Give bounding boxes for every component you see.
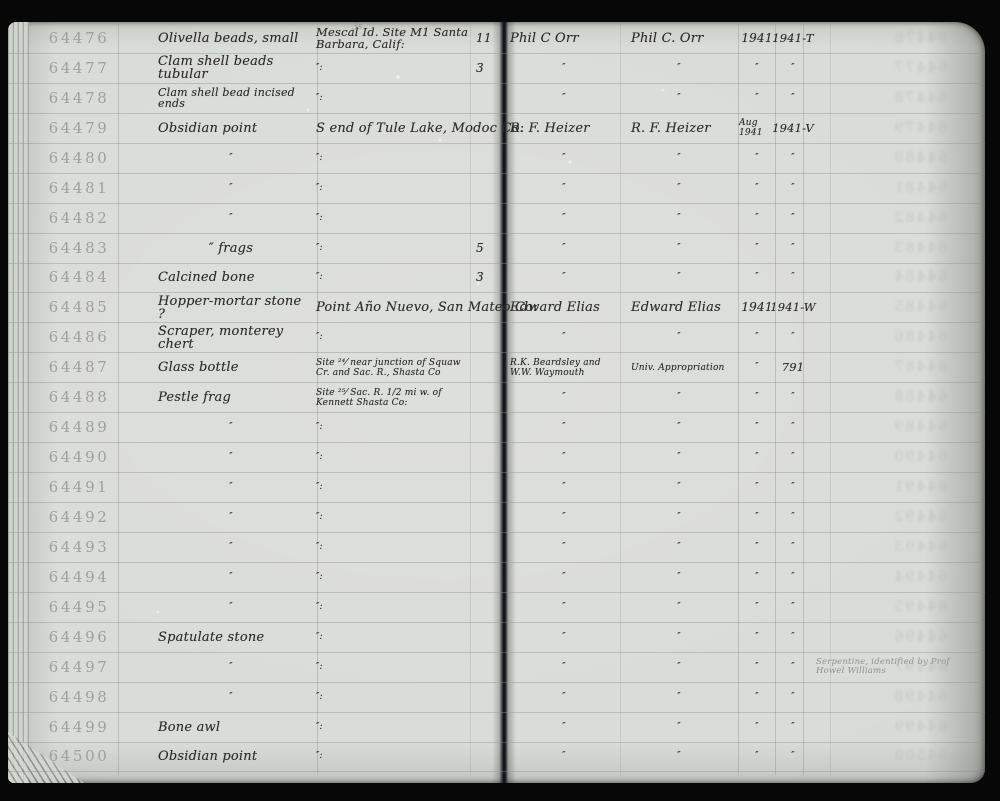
locality-cell: ″: xyxy=(314,533,472,562)
date-cell: ″ xyxy=(739,683,775,712)
donor-cell: ″ xyxy=(623,683,735,712)
accession-code-cell: ″ xyxy=(776,443,810,472)
collector-cell: ″ xyxy=(508,323,620,352)
collector-cell: ″ xyxy=(508,174,620,203)
date-cell: ″ xyxy=(739,653,775,682)
donor-cell: ″ xyxy=(623,563,735,592)
collector-cell: Phil C Orr xyxy=(508,24,620,53)
date-cell: ″ xyxy=(739,54,775,83)
ledger-row: 64485Hopper-mortar stone ?Point Año Nuev… xyxy=(8,293,985,323)
donor-cell: ″ xyxy=(623,533,735,562)
pencil-margin-note: 3s. xyxy=(352,22,366,32)
ghost-bleedthrough-number: 64489 xyxy=(876,413,964,442)
accession-number-stamp: 64483 xyxy=(38,234,120,263)
description-cell: ″ xyxy=(150,174,312,203)
accession-number-stamp: 64487 xyxy=(38,353,120,382)
ledger-row: 64497″″:″″″″Serpentine, identified by Pr… xyxy=(8,653,985,683)
accession-code-cell: 791 xyxy=(776,353,810,382)
ghost-bleedthrough-number: 64499 xyxy=(876,713,964,742)
collector-cell: ″ xyxy=(508,503,620,532)
locality-cell: ″: xyxy=(314,713,472,742)
donor-cell: ″ xyxy=(623,54,735,83)
accession-number-stamp: 64485 xyxy=(38,293,120,322)
accession-number-stamp: 64492 xyxy=(38,503,120,532)
description-cell: Scraper, monterey chert xyxy=(150,323,312,352)
ledger-row: 64500Obsidian point″:″″″″64500 xyxy=(8,743,985,773)
ledger-row: 64480″″:″″″″64480 xyxy=(8,144,985,174)
ghost-bleedthrough-number: 64487 xyxy=(876,353,964,382)
ghost-bleedthrough-number: 64490 xyxy=(876,443,964,472)
accession-number-stamp: 64477 xyxy=(38,54,120,83)
ghost-bleedthrough-number: 64500 xyxy=(876,743,964,772)
description-cell: ″ xyxy=(150,144,312,173)
description-cell: ″ xyxy=(150,413,312,442)
date-cell: ″ xyxy=(739,234,775,263)
donor-cell: ″ xyxy=(623,204,735,233)
donor-cell: ″ xyxy=(623,653,735,682)
locality-cell: ″: xyxy=(314,743,472,772)
donor-cell: ″ xyxy=(623,383,735,412)
description-cell: ″ xyxy=(150,533,312,562)
donor-cell: Edward Elias xyxy=(623,293,735,322)
description-cell: ″ xyxy=(150,653,312,682)
donor-cell: ″ xyxy=(623,323,735,352)
accession-code-cell: ″ xyxy=(776,54,810,83)
ledger-row: 64482″″:″″″″64482 xyxy=(8,204,985,234)
locality-cell: ″: xyxy=(314,413,472,442)
locality-cell: Point Año Nuevo, San Mateo Co: xyxy=(314,293,472,322)
description-cell: ″ xyxy=(150,593,312,622)
ledger-row: 64494″″:″″″″64494 xyxy=(8,563,985,593)
collector-cell: ″ xyxy=(508,683,620,712)
accession-number-stamp: 64498 xyxy=(38,683,120,712)
ledger-row: 64476Olivella beads, smallMescal Id. Sit… xyxy=(8,24,985,54)
date-cell: ″ xyxy=(739,264,775,293)
donor-cell: ″ xyxy=(623,84,735,113)
accession-code-cell: ″ xyxy=(776,264,810,293)
locality-cell: Site ²⁴⁄ near junction of Squaw Cr. and … xyxy=(314,353,472,382)
ghost-bleedthrough-number: 64482 xyxy=(876,204,964,233)
description-cell: Hopper-mortar stone ? xyxy=(150,293,312,322)
donor-cell: R. F. Heizer xyxy=(623,114,735,143)
ledger-row: 64487Glass bottleSite ²⁴⁄ near junction … xyxy=(8,353,985,383)
description-cell: Spatulate stone xyxy=(150,623,312,652)
ledger-row: 64491″″:″″″″64491 xyxy=(8,473,985,503)
description-cell: ″ xyxy=(150,563,312,592)
date-cell: ″ xyxy=(739,204,775,233)
donor-cell: ″ xyxy=(623,413,735,442)
ghost-bleedthrough-number: 64483 xyxy=(876,234,964,263)
accession-number-stamp: 64488 xyxy=(38,383,120,412)
description-cell: ″ xyxy=(150,683,312,712)
donor-cell: ″ xyxy=(623,713,735,742)
locality-cell: ″: xyxy=(314,204,472,233)
ghost-bleedthrough-number: 64493 xyxy=(876,533,964,562)
date-cell: ″ xyxy=(739,503,775,532)
quantity-cell: 3 xyxy=(472,264,502,293)
ledger-row: 64477Clam shell beads tubular″:3″″″″6447… xyxy=(8,54,985,84)
locality-cell: Site ²⁵⁄ Sac. R. 1/2 mi w. of Kennett Sh… xyxy=(314,383,472,412)
ghost-bleedthrough-number: 64492 xyxy=(876,503,964,532)
accession-code-cell: ″ xyxy=(776,563,810,592)
accession-code-cell: ″ xyxy=(776,713,810,742)
collector-cell: ″ xyxy=(508,593,620,622)
accession-code-cell: ″ xyxy=(776,144,810,173)
accession-number-stamp: 64479 xyxy=(38,114,120,143)
date-cell: ″ xyxy=(739,563,775,592)
date-cell: ″ xyxy=(739,413,775,442)
accession-number-stamp: 64499 xyxy=(38,713,120,742)
date-cell: ″ xyxy=(739,353,775,382)
accession-number-stamp: 64493 xyxy=(38,533,120,562)
accession-code-cell: ″ xyxy=(776,503,810,532)
date-cell: ″ xyxy=(739,443,775,472)
ghost-bleedthrough-number: 64481 xyxy=(876,174,964,203)
collector-cell: ″ xyxy=(508,264,620,293)
collector-cell: ″ xyxy=(508,413,620,442)
collector-cell: Edward Elias xyxy=(508,293,620,322)
donor-cell: ″ xyxy=(623,234,735,263)
ledger-row: 64486Scraper, monterey chert″:″″″″64486 xyxy=(8,323,985,353)
collector-cell: ″ xyxy=(508,84,620,113)
accession-number-stamp: 64494 xyxy=(38,563,120,592)
collector-cell: ″ xyxy=(508,204,620,233)
collector-cell: R.K. Beardsley and W.W. Waymouth xyxy=(508,353,620,382)
ghost-bleedthrough-number: 64498 xyxy=(876,683,964,712)
accession-code-cell: ″ xyxy=(776,413,810,442)
accession-number-stamp: 64491 xyxy=(38,473,120,502)
date-cell: ″ xyxy=(739,174,775,203)
ledger-row: 64489″″:″″″″64489 xyxy=(8,413,985,443)
locality-cell: ″: xyxy=(314,623,472,652)
accession-code-cell: ″ xyxy=(776,174,810,203)
collector-cell: ″ xyxy=(508,473,620,502)
accession-code-cell: ″ xyxy=(776,84,810,113)
locality-cell: ″: xyxy=(314,503,472,532)
scanned-ledger-page: 64476Olivella beads, smallMescal Id. Sit… xyxy=(0,0,1000,801)
description-cell: Clam shell bead incised ends xyxy=(150,84,312,113)
accession-code-cell: ″ xyxy=(776,323,810,352)
accession-code-cell: 1941-V xyxy=(776,114,810,143)
collector-cell: ″ xyxy=(508,443,620,472)
locality-cell: ″: xyxy=(314,264,472,293)
accession-number-stamp: 64480 xyxy=(38,144,120,173)
donor-cell: ″ xyxy=(623,743,735,772)
description-cell: Pestle frag xyxy=(150,383,312,412)
locality-cell: ″: xyxy=(314,174,472,203)
collector-cell: ″ xyxy=(508,743,620,772)
date-cell: ″ xyxy=(739,323,775,352)
date-cell: ″ xyxy=(739,743,775,772)
date-cell: 1941 xyxy=(739,24,775,53)
accession-code-cell: ″ xyxy=(776,683,810,712)
accession-number-stamp: 64489 xyxy=(38,413,120,442)
ledger-rows: 64476Olivella beads, smallMescal Id. Sit… xyxy=(8,24,985,772)
ledger-row: 64498″″:″″″″64498 xyxy=(8,683,985,713)
locality-cell: ″: xyxy=(314,593,472,622)
accession-number-stamp: 64500 xyxy=(38,743,120,772)
ghost-bleedthrough-number: 64478 xyxy=(876,84,964,113)
donor-cell: ″ xyxy=(623,264,735,293)
quantity-cell: 11 xyxy=(472,24,502,53)
ledger-row: 64499Bone awl″:″″″″64499 xyxy=(8,713,985,743)
accession-number-stamp: 64481 xyxy=(38,174,120,203)
accession-number-stamp: 64490 xyxy=(38,443,120,472)
accession-number-stamp: 64497 xyxy=(38,653,120,682)
accession-code-cell: ″ xyxy=(776,234,810,263)
description-cell: ″ xyxy=(150,443,312,472)
ghost-bleedthrough-number: 64497 xyxy=(876,653,964,682)
locality-cell: ″: xyxy=(314,563,472,592)
ghost-bleedthrough-number: 64486 xyxy=(876,323,964,352)
donor-cell: ″ xyxy=(623,443,735,472)
quantity-cell: 3 xyxy=(472,54,502,83)
collector-cell: ″ xyxy=(508,533,620,562)
accession-code-cell: ″ xyxy=(776,623,810,652)
donor-cell: ″ xyxy=(623,503,735,532)
donor-cell: ″ xyxy=(623,144,735,173)
ledger-row: 64484Calcined bone″:3″″″″64484 xyxy=(8,264,985,294)
collector-cell: ″ xyxy=(508,623,620,652)
locality-cell: ″: xyxy=(314,683,472,712)
accession-number-stamp: 64486 xyxy=(38,323,120,352)
ledger-row: 64490″″:″″″″64490 xyxy=(8,443,985,473)
date-cell: ″ xyxy=(739,713,775,742)
description-cell: Glass bottle xyxy=(150,353,312,382)
accession-number-stamp: 64496 xyxy=(38,623,120,652)
date-cell: ″ xyxy=(739,593,775,622)
ghost-bleedthrough-number: 64477 xyxy=(876,54,964,83)
ghost-bleedthrough-number: 64484 xyxy=(876,264,964,293)
locality-cell: ″: xyxy=(314,144,472,173)
accession-code-cell: 1941-W xyxy=(776,293,810,322)
ledger-row: 64478Clam shell bead incised ends″:″″″″6… xyxy=(8,84,985,114)
locality-cell: ″: xyxy=(314,653,472,682)
collector-cell: ″ xyxy=(508,563,620,592)
collector-cell: ″ xyxy=(508,383,620,412)
collector-cell: ″ xyxy=(508,144,620,173)
locality-cell: ″: xyxy=(314,84,472,113)
donor-cell: Phil C. Orr xyxy=(623,24,735,53)
donor-cell: ″ xyxy=(623,623,735,652)
accession-code-cell: 1941-T xyxy=(776,24,810,53)
donor-cell: ″ xyxy=(623,174,735,203)
ghost-bleedthrough-number: 64491 xyxy=(876,473,964,502)
accession-number-stamp: 64478 xyxy=(38,84,120,113)
description-cell: ″ frags xyxy=(150,234,312,263)
quantity-cell: 5 xyxy=(472,234,502,263)
locality-cell: Mescal Id. Site M1 Santa Barbara, Calif: xyxy=(314,24,472,53)
donor-cell: Univ. Appropriation xyxy=(623,353,735,382)
locality-cell: ″: xyxy=(314,234,472,263)
ledger-row: 64492″″:″″″″64492 xyxy=(8,503,985,533)
description-cell: Bone awl xyxy=(150,713,312,742)
ghost-bleedthrough-number: 64479 xyxy=(876,114,964,143)
description-cell: Olivella beads, small xyxy=(150,24,312,53)
accession-code-cell: ″ xyxy=(776,743,810,772)
accession-number-stamp: 64482 xyxy=(38,204,120,233)
accession-code-cell: ″ xyxy=(776,593,810,622)
ledger-row: 64481″″:″″″″64481 xyxy=(8,174,985,204)
locality-cell: ″: xyxy=(314,323,472,352)
locality-cell: ″: xyxy=(314,54,472,83)
date-cell: ″ xyxy=(739,84,775,113)
ledger-row: 64495″″:″″″″64495 xyxy=(8,593,985,623)
description-cell: Clam shell beads tubular xyxy=(150,54,312,83)
accession-code-cell: ″ xyxy=(776,383,810,412)
ghost-bleedthrough-number: 64494 xyxy=(876,563,964,592)
collector-cell: ″ xyxy=(508,54,620,83)
locality-cell: S end of Tule Lake, Modoc Co: xyxy=(314,114,472,143)
ghost-bleedthrough-number: 64476 xyxy=(876,24,964,53)
ghost-bleedthrough-number: 64496 xyxy=(876,623,964,652)
accession-number-stamp: 64495 xyxy=(38,593,120,622)
ghost-bleedthrough-number: 64488 xyxy=(876,383,964,412)
ledger-spread: 64476Olivella beads, smallMescal Id. Sit… xyxy=(8,22,985,783)
description-cell: ″ xyxy=(150,204,312,233)
accession-code-cell: ″ xyxy=(776,533,810,562)
collector-cell: ″ xyxy=(508,653,620,682)
accession-number-stamp: 64476 xyxy=(38,24,120,53)
collector-cell: ″ xyxy=(508,713,620,742)
ledger-row: 64479Obsidian pointS end of Tule Lake, M… xyxy=(8,114,985,144)
ghost-bleedthrough-number: 64485 xyxy=(876,293,964,322)
locality-cell: ″: xyxy=(314,443,472,472)
ledger-row: 64483″ frags″:5″″″″64483 xyxy=(8,234,985,264)
date-cell: ″ xyxy=(739,473,775,502)
date-cell: ″ xyxy=(739,383,775,412)
ledger-row: 64496Spatulate stone″:″″″″64496 xyxy=(8,623,985,653)
locality-cell: ″: xyxy=(314,473,472,502)
date-cell: ″ xyxy=(739,144,775,173)
accession-code-cell: ″ xyxy=(776,204,810,233)
accession-code-cell: ″ xyxy=(776,653,810,682)
donor-cell: ″ xyxy=(623,473,735,502)
collector-cell: ″ xyxy=(508,234,620,263)
accession-code-cell: ″ xyxy=(776,473,810,502)
date-cell: ″ xyxy=(739,533,775,562)
date-cell: ″ xyxy=(739,623,775,652)
description-cell: ″ xyxy=(150,503,312,532)
description-cell: Calcined bone xyxy=(150,264,312,293)
ghost-bleedthrough-number: 64480 xyxy=(876,144,964,173)
ledger-row: 64488Pestle fragSite ²⁵⁄ Sac. R. 1/2 mi … xyxy=(8,383,985,413)
ghost-bleedthrough-number: 64495 xyxy=(876,593,964,622)
ledger-row: 64493″″:″″″″64493 xyxy=(8,533,985,563)
description-cell: ″ xyxy=(150,473,312,502)
description-cell: Obsidian point xyxy=(150,114,312,143)
donor-cell: ″ xyxy=(623,593,735,622)
date-cell: Aug 1941 xyxy=(739,114,775,143)
description-cell: Obsidian point xyxy=(150,743,312,772)
accession-number-stamp: 64484 xyxy=(38,264,120,293)
collector-cell: R. F. Heizer xyxy=(508,114,620,143)
